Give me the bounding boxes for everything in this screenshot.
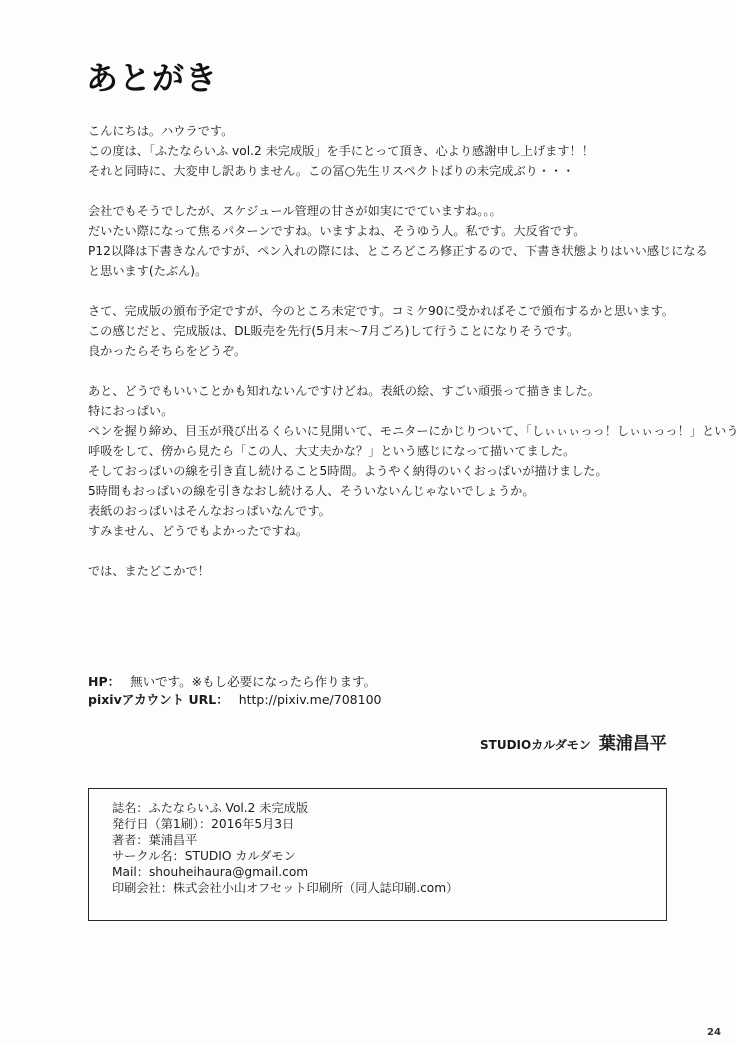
signature: STUDIOカルダモン葉浦昌平 [480,729,667,754]
studio-name: STUDIOカルダモン [480,738,591,752]
paragraph-gap [88,541,718,561]
pixiv-label: pixivアカウント URL： [88,692,229,707]
page-number: 24 [707,1027,721,1038]
body-line: この度は、「ふたならいふ vol.2 未完成版」を手にとって頂き、心より感謝申し… [88,141,718,161]
colophon-row-circle: サークル名：STUDIO カルダモン [112,848,458,864]
author-name: 葉浦昌平 [599,734,667,754]
hp-value: 無いです。※もし必要になったら作ります。 [130,674,376,689]
body-line: 表紙のおっぱいはそんなおっぱいなんです。 [88,501,718,521]
body-line: それと同時に、大変申し訳ありません。この冨○先生リスペクトばりの未完成ぶり・・・ [88,161,718,181]
body-line: あと、どうでもいいことかも知れないんですけどね。表紙の絵、すごい頑張って描きまし… [88,381,718,401]
paragraph-gap [88,181,718,201]
colophon-row-title: 誌名：ふたならいふ Vol.2 未完成版 [112,800,458,816]
body-line: この感じだと、完成版は、DL販売を先行(5月末〜7月ごろ)して行うことになりそう… [88,321,718,341]
body-line: ペンを握り締め、目玉が飛び出るくらいに見開いて、モニターにかじりついて、「しぃぃ… [88,421,718,441]
body-line: 5時間もおっぱいの線を引きなおし続ける人、そういないんじゃないでしょうか。 [88,481,718,501]
colophon-row-printer: 印刷会社：株式会社小山オフセット印刷所（同人誌印刷.com） [112,880,458,896]
body-line: 呼吸をして、傍から見たら「この人、大丈夫かな？」という感じになって描いてました。 [88,441,718,461]
body-line: P12以降は下書きなんですが、ペン入れの際には、ところどころ修正するので、下書き… [88,241,718,261]
body-line: 良かったらそちらをどうぞ。 [88,341,718,361]
body-line: では、またどこかで！ [88,561,718,581]
body-line: そしておっぱいの線を引き直し続けること5時間。ようやく納得のいくおっぱいが描けま… [88,461,718,481]
afterword-page: あとがき こんにちは。ハウラです。 この度は、「ふたならいふ vol.2 未完成… [0,0,736,1045]
pixiv-url[interactable]: http://pixiv.me/708100 [239,692,382,707]
colophon-row-mail: Mail：shouheihaura@gmail.com [112,864,458,880]
colophon-row-date: 発行日（第1刷）：2016年5月3日 [112,816,458,832]
afterword-body: こんにちは。ハウラです。 この度は、「ふたならいふ vol.2 未完成版」を手に… [88,121,718,581]
body-line: すみません、どうでもよかったですね。 [88,521,718,541]
pixiv-row: pixivアカウント URL：http://pixiv.me/708100 [88,691,381,709]
paragraph-gap [88,281,718,301]
body-line: と思います(たぶん)。 [88,261,718,281]
hp-row: HP：無いです。※もし必要になったら作ります。 [88,673,381,691]
body-line: 特におっぱい。 [88,401,718,421]
body-line: だいたい際になって焦るパターンですね。いますよね、そうゆう人。私です。大反省です… [88,221,718,241]
contact-info: HP：無いです。※もし必要になったら作ります。 pixivアカウント URL：h… [88,673,381,709]
page-title: あとがき [86,58,218,98]
body-line: さて、完成版の頒布予定ですが、今のところ未定です。コミケ90に受かればそこで頒布… [88,301,718,321]
colophon-row-author: 著者：葉浦昌平 [112,832,458,848]
body-line: こんにちは。ハウラです。 [88,121,718,141]
paragraph-gap [88,361,718,381]
hp-label: HP： [88,674,120,689]
colophon-box: 誌名：ふたならいふ Vol.2 未完成版 発行日（第1刷）：2016年5月3日 … [88,788,667,921]
body-line: 会社でもそうでしたが、スケジュール管理の甘さが如実にでていますね。。。 [88,201,718,221]
